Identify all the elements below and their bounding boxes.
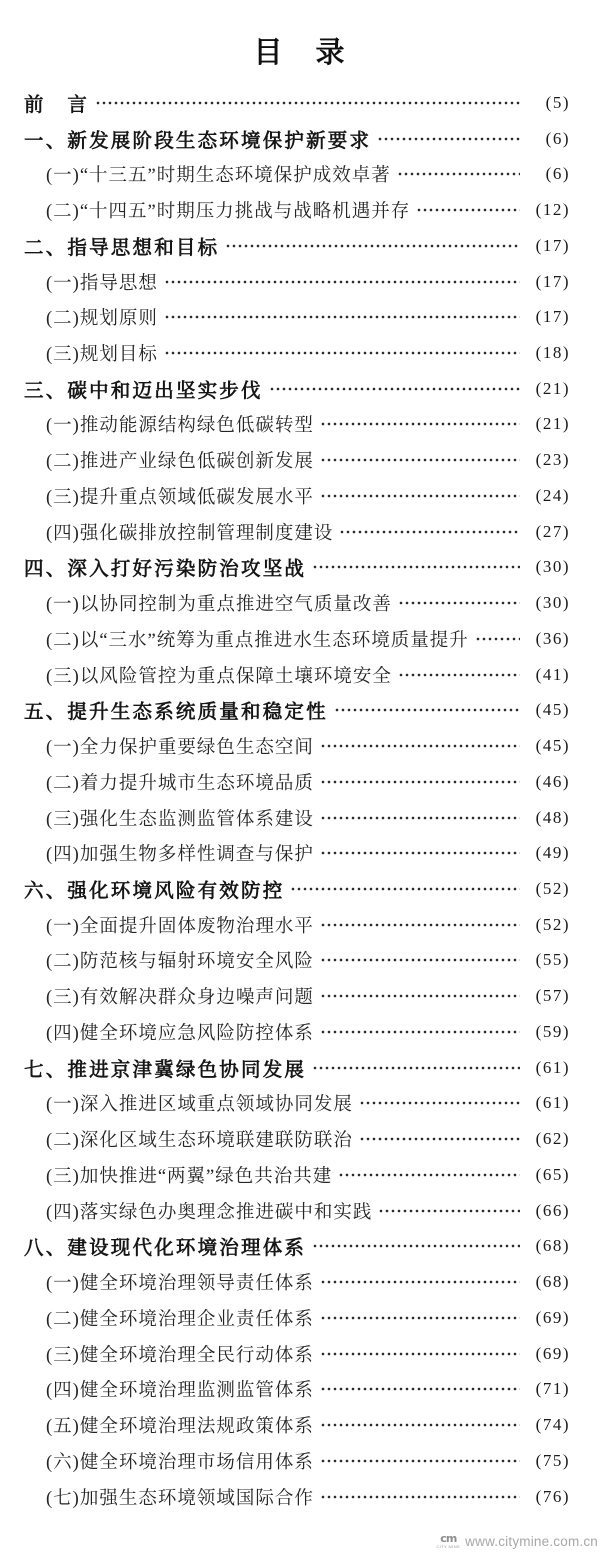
toc-entry-page: (17) [526, 272, 570, 292]
toc-entry-page: (74) [526, 1415, 570, 1435]
toc-row: (四)强化碳排放控制管理制度建设 (27) [24, 514, 570, 550]
dot-leader [320, 1443, 520, 1479]
toc-row: 前 言 (5) [24, 85, 570, 121]
dot-leader [312, 1050, 520, 1086]
dot-leader [225, 228, 520, 264]
dot-leader [269, 371, 520, 407]
dot-leader [320, 1371, 520, 1407]
citymine-logo-caption: CITY MINE [436, 1545, 460, 1549]
dot-leader [320, 764, 520, 800]
dot-leader [320, 907, 520, 943]
toc-entry-page: (75) [526, 1451, 570, 1471]
dot-leader [320, 1336, 520, 1372]
toc-row: (二)规划原则 (17) [24, 299, 570, 335]
dot-leader [338, 1157, 520, 1193]
dot-leader [320, 478, 520, 514]
toc-entry-label: (六)健全环境治理市场信用体系 [46, 1448, 314, 1474]
dot-leader [312, 550, 520, 586]
toc-row: (一)全面提升固体废物治理水平 (52) [24, 907, 570, 943]
toc-entry-page: (48) [526, 808, 570, 828]
toc-entry-label: (四)健全环境应急风险防控体系 [46, 1019, 314, 1045]
dot-leader [378, 1193, 520, 1229]
toc-entry-page: (52) [526, 879, 570, 899]
toc-row: 一、新发展阶段生态环境保护新要求 (6) [24, 121, 570, 157]
toc-entry-label: (二)规划原则 [46, 304, 158, 330]
dot-leader [320, 835, 520, 871]
dot-leader [320, 1479, 520, 1515]
toc-row: 八、建设现代化环境治理体系 (68) [24, 1229, 570, 1265]
dot-leader [164, 335, 520, 371]
toc-entry-page: (68) [526, 1236, 570, 1256]
toc-row: (六)健全环境治理市场信用体系 (75) [24, 1443, 570, 1479]
toc-entry-page: (24) [526, 486, 570, 506]
toc-entry-label: (四)加强生物多样性调查与保护 [46, 840, 314, 866]
toc-entry-label: 一、新发展阶段生态环境保护新要求 [24, 125, 371, 153]
toc-entry-page: (69) [526, 1308, 570, 1328]
dot-leader [320, 442, 520, 478]
toc-entry-label: 六、强化环境风险有效防控 [24, 875, 284, 903]
toc-row: (二)防范核与辐射环境安全风险 (55) [24, 943, 570, 979]
watermark-url: www.citymine.com.cn [465, 1534, 598, 1549]
toc-entry-page: (45) [526, 700, 570, 720]
toc-entry-label: (三)规划目标 [46, 340, 158, 366]
toc-row: (一)“十三五”时期生态环境保护成效卓著 (6) [24, 156, 570, 192]
dot-leader [475, 621, 520, 657]
toc-row: (二)推进产业绿色低碳创新发展 (23) [24, 442, 570, 478]
toc-entry-page: (17) [526, 236, 570, 256]
toc-row: (三)强化生态监测监管体系建设 (48) [24, 800, 570, 836]
toc-entry-page: (66) [526, 1201, 570, 1221]
dot-leader [320, 800, 520, 836]
toc-entry-label: 前 言 [24, 89, 89, 117]
toc-entry-page: (45) [526, 736, 570, 756]
toc-row: (一)健全环境治理领导责任体系 (68) [24, 1264, 570, 1300]
toc-entry-label: (一)推动能源结构绿色低碳转型 [46, 411, 314, 437]
document-page: 目 录 前 言 (5) 一、新发展阶段生态环境保护新要求 (6) (一)“十三五… [0, 0, 600, 1554]
toc-entry-page: (61) [526, 1058, 570, 1078]
toc-entry-label: (三)提升重点领域低碳发展水平 [46, 483, 314, 509]
toc-row: (一)深入推进区域重点领域协同发展 (61) [24, 1086, 570, 1122]
dot-leader [377, 121, 520, 157]
dot-leader [95, 85, 520, 121]
toc-entry-page: (68) [526, 1272, 570, 1292]
toc-entry-page: (52) [526, 915, 570, 935]
toc-entry-label: (四)健全环境治理监测监管体系 [46, 1376, 314, 1402]
toc-row: (一)指导思想 (17) [24, 264, 570, 300]
dot-leader [359, 1086, 520, 1122]
toc-entry-label: (四)落实绿色办奥理念推进碳中和实践 [46, 1198, 372, 1224]
toc-entry-label: (五)健全环境治理法规政策体系 [46, 1412, 314, 1438]
toc-row: (一)推动能源结构绿色低碳转型 (21) [24, 407, 570, 443]
toc-row: (二)深化区域生态环境联建联防联治 (62) [24, 1121, 570, 1157]
dot-leader [320, 1300, 520, 1336]
toc-entry-label: (二)健全环境治理企业责任体系 [46, 1305, 314, 1331]
toc-entry-label: (一)以协同控制为重点推进空气质量改善 [46, 590, 392, 616]
toc-entry-label: (二)以“三水”统筹为重点推进水生态环境质量提升 [46, 626, 469, 652]
dot-leader [164, 264, 520, 300]
dot-leader [290, 871, 520, 907]
toc-entry-label: (二)防范核与辐射环境安全风险 [46, 947, 314, 973]
dot-leader [359, 1121, 520, 1157]
watermark: cm CITY MINE www.citymine.com.cn [436, 1533, 598, 1549]
toc-row: (二)“十四五”时期压力挑战与战略机遇并存 (12) [24, 192, 570, 228]
toc-entry-label: (一)深入推进区域重点领域协同发展 [46, 1090, 353, 1116]
toc-row: 五、提升生态系统质量和稳定性 (45) [24, 692, 570, 728]
toc-entry-label: (一)健全环境治理领导责任体系 [46, 1269, 314, 1295]
toc-entry-page: (18) [526, 343, 570, 363]
toc-entry-label: (三)健全环境治理全民行动体系 [46, 1341, 314, 1367]
toc-entry-label: (一)“十三五”时期生态环境保护成效卓著 [46, 161, 391, 187]
toc-entry-label: 三、碳中和迈出坚实步伐 [24, 375, 263, 403]
dot-leader [398, 657, 520, 693]
toc-row: (三)规划目标 (18) [24, 335, 570, 371]
toc-entry-page: (62) [526, 1129, 570, 1149]
citymine-logo-icon: cm CITY MINE [436, 1533, 460, 1549]
toc-entry-label: (三)以风险管控为重点保障土壤环境安全 [46, 662, 392, 688]
toc-row: (二)健全环境治理企业责任体系 (69) [24, 1300, 570, 1336]
toc-entry-page: (17) [526, 307, 570, 327]
citymine-logo-text: cm [440, 1533, 456, 1544]
toc-entry-page: (71) [526, 1379, 570, 1399]
toc-entry-page: (12) [526, 200, 570, 220]
toc-entry-page: (59) [526, 1022, 570, 1042]
toc-entry-label: (七)加强生态环境领域国际合作 [46, 1484, 314, 1510]
toc-entry-page: (65) [526, 1165, 570, 1185]
toc-entry-label: (二)推进产业绿色低碳创新发展 [46, 447, 314, 473]
toc-entry-page: (21) [526, 379, 570, 399]
toc-row: (四)加强生物多样性调查与保护 (49) [24, 835, 570, 871]
dot-leader [312, 1229, 520, 1265]
toc-entry-label: (二)“十四五”时期压力挑战与战略机遇并存 [46, 197, 410, 223]
toc-entry-label: (四)强化碳排放控制管理制度建设 [46, 519, 333, 545]
toc-entry-label: (二)深化区域生态环境联建联防联治 [46, 1126, 353, 1152]
toc-entry-label: 五、提升生态系统质量和稳定性 [24, 696, 328, 724]
toc-entry-page: (5) [526, 93, 570, 113]
toc-entry-label: 四、深入打好污染防治攻坚战 [24, 553, 306, 581]
dot-leader [320, 1407, 520, 1443]
toc-row: (三)有效解决群众身边噪声问题 (57) [24, 978, 570, 1014]
toc-entry-page: (36) [526, 629, 570, 649]
toc-row: (一)以协同控制为重点推进空气质量改善 (30) [24, 585, 570, 621]
toc-entry-page: (30) [526, 593, 570, 613]
toc-entry-page: (27) [526, 522, 570, 542]
dot-leader [164, 299, 520, 335]
toc-row: (三)提升重点领域低碳发展水平 (24) [24, 478, 570, 514]
toc-row: (四)健全环境治理监测监管体系 (71) [24, 1371, 570, 1407]
toc-row: 七、推进京津冀绿色协同发展 (61) [24, 1050, 570, 1086]
toc-entry-page: (61) [526, 1093, 570, 1113]
toc-row: 四、深入打好污染防治攻坚战 (30) [24, 550, 570, 586]
toc-entry-page: (23) [526, 450, 570, 470]
toc-entry-label: (二)着力提升城市生态环境品质 [46, 769, 314, 795]
dot-leader [398, 585, 520, 621]
toc-list: 前 言 (5) 一、新发展阶段生态环境保护新要求 (6) (一)“十三五”时期生… [24, 85, 570, 1514]
toc-row: 二、指导思想和目标 (17) [24, 228, 570, 264]
toc-entry-page: (46) [526, 772, 570, 792]
toc-row: (三)加快推进“两翼”绿色共治共建 (65) [24, 1157, 570, 1193]
toc-entry-label: 八、建设现代化环境治理体系 [24, 1232, 306, 1260]
dot-leader [320, 943, 520, 979]
toc-entry-label: (一)全力保护重要绿色生态空间 [46, 733, 314, 759]
toc-entry-page: (76) [526, 1487, 570, 1507]
toc-row: (四)健全环境应急风险防控体系 (59) [24, 1014, 570, 1050]
toc-row: (四)落实绿色办奥理念推进碳中和实践 (66) [24, 1193, 570, 1229]
toc-entry-label: (一)全面提升固体废物治理水平 [46, 912, 314, 938]
toc-row: (七)加强生态环境领域国际合作 (76) [24, 1479, 570, 1515]
dot-leader [320, 1014, 520, 1050]
dot-leader [339, 514, 520, 550]
toc-entry-page: (6) [526, 164, 570, 184]
toc-row: (二)着力提升城市生态环境品质 (46) [24, 764, 570, 800]
toc-entry-page: (57) [526, 986, 570, 1006]
toc-row: (三)以风险管控为重点保障土壤环境安全 (41) [24, 657, 570, 693]
toc-entry-page: (41) [526, 665, 570, 685]
toc-entry-page: (69) [526, 1344, 570, 1364]
dot-leader [334, 692, 520, 728]
toc-row: (三)健全环境治理全民行动体系 (69) [24, 1336, 570, 1372]
toc-entry-label: (一)指导思想 [46, 269, 158, 295]
dot-leader [416, 192, 520, 228]
dot-leader [320, 978, 520, 1014]
toc-entry-page: (30) [526, 557, 570, 577]
toc-entry-label: (三)加快推进“两翼”绿色共治共建 [46, 1162, 332, 1188]
toc-entry-label: (三)强化生态监测监管体系建设 [46, 805, 314, 831]
toc-entry-label: 二、指导思想和目标 [24, 232, 219, 260]
dot-leader [320, 1264, 520, 1300]
toc-row: 三、碳中和迈出坚实步伐 (21) [24, 371, 570, 407]
toc-entry-page: (55) [526, 950, 570, 970]
dot-leader [320, 728, 520, 764]
dot-leader [320, 407, 520, 443]
toc-row: (二)以“三水”统筹为重点推进水生态环境质量提升 (36) [24, 621, 570, 657]
toc-entry-page: (21) [526, 414, 570, 434]
toc-entry-page: (6) [526, 129, 570, 149]
toc-entry-label: (三)有效解决群众身边噪声问题 [46, 983, 314, 1009]
toc-entry-page: (49) [526, 843, 570, 863]
toc-row: 六、强化环境风险有效防控 (52) [24, 871, 570, 907]
toc-row: (一)全力保护重要绿色生态空间 (45) [24, 728, 570, 764]
toc-entry-label: 七、推进京津冀绿色协同发展 [24, 1054, 306, 1082]
dot-leader [397, 156, 520, 192]
page-title: 目 录 [0, 30, 600, 71]
toc-row: (五)健全环境治理法规政策体系 (74) [24, 1407, 570, 1443]
